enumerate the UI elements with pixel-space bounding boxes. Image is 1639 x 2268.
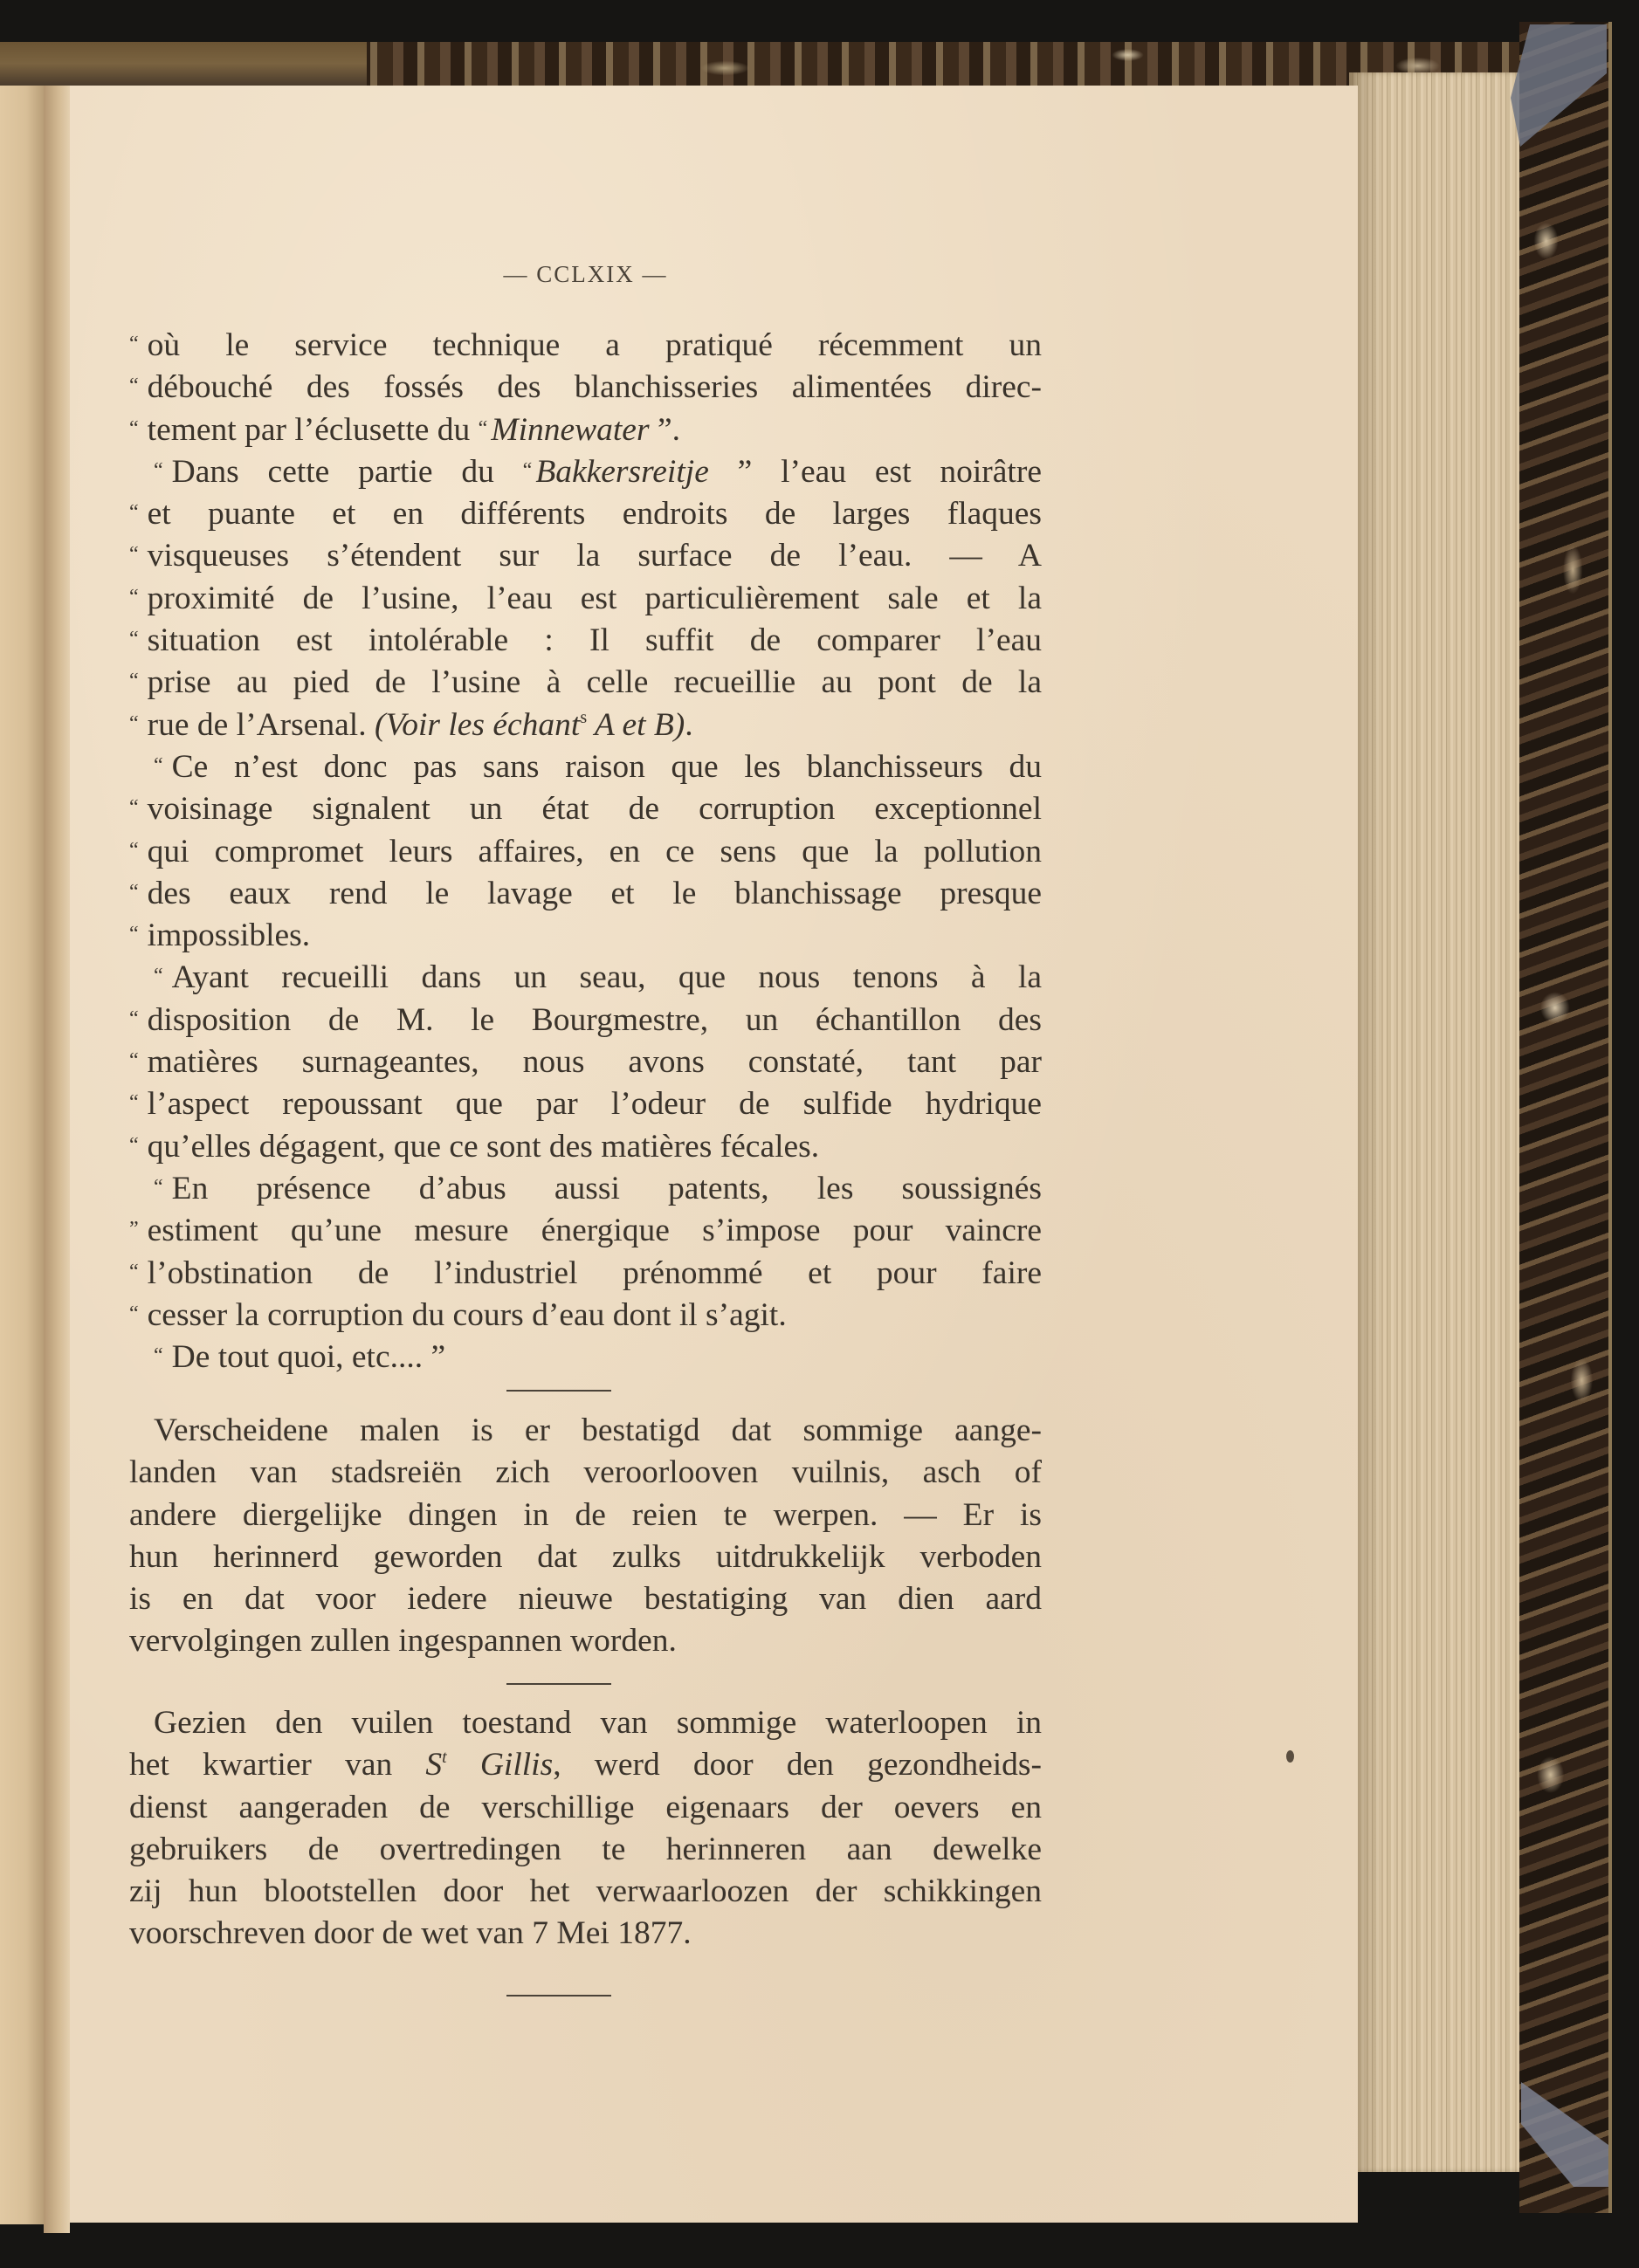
quote-line: “proximité de l’usine, l’eau est particu…	[129, 576, 1042, 618]
text-line: het kwartier van St Gillis, werd door de…	[129, 1744, 1042, 1786]
quote-mark: “	[479, 417, 488, 440]
text-span: Dans cette partie du	[172, 454, 523, 490]
text-span: et puante et en différents endroits de l…	[148, 496, 1042, 532]
quote-mark: “	[129, 839, 139, 862]
text-span: , werd door den gezondheids-	[553, 1747, 1042, 1783]
text-line: andere diergelijke dingen in de reien te…	[129, 1495, 1042, 1536]
text-span: S	[425, 1747, 442, 1783]
quote-line: “des eaux rend le lavage et le blanchiss…	[129, 871, 1042, 913]
quote-line: “l’obstination de l’industriel prénommé …	[129, 1251, 1042, 1293]
quote-line: “débouché des fossés des blanchisseries …	[129, 365, 1042, 407]
text-line: dienst aangeraden de verschillige eigena…	[129, 1787, 1042, 1829]
quote-line: “cesser la corruption du cours d’eau don…	[129, 1293, 1042, 1335]
quote-mark: “	[129, 333, 139, 355]
quote-line: “De tout quoi, etc.... ”	[129, 1335, 1042, 1377]
text-line: hun herinnerd geworden dat zulks uitdruk…	[129, 1536, 1042, 1578]
text-span: l’obstination de l’industriel prénommé e…	[148, 1255, 1042, 1291]
text-span: des eaux rend le lavage et le blanchissa…	[148, 876, 1042, 911]
text-span: où le service technique a pratiqué récem…	[148, 327, 1042, 363]
quote-line: “qui compromet leurs affaires, en ce sen…	[129, 829, 1042, 871]
page-stack-edge	[1349, 72, 1524, 2172]
quote-mark: “	[129, 923, 139, 945]
quote-line: “où le service technique a pratiqué réce…	[129, 323, 1042, 365]
text-span: débouché des fossés des blanchisseries a…	[148, 369, 1042, 405]
italic-term: A et B)	[587, 707, 685, 743]
italic-term: Bakkersreitje	[535, 454, 709, 490]
text-line: zij hun blootstellen door het verwaarloo…	[129, 1871, 1042, 1913]
text-span: l’aspect repoussant que par l’odeur de s…	[148, 1086, 1042, 1122]
quote-line: “disposition de M. le Bourgmestre, un éc…	[129, 998, 1042, 1040]
text-line: gebruikers de overtredingen te herinnere…	[129, 1829, 1042, 1871]
section-divider	[506, 1390, 611, 1392]
text-span: visqueuses s’étendent sur la surface de …	[148, 538, 1042, 574]
text-span: situation est intolérable : Il suffit de…	[148, 622, 1042, 658]
quote-mark: “	[129, 1049, 139, 1072]
quote-line: “Dans cette partie du “Bakkersreitje ” l…	[129, 450, 1042, 491]
text-span: qu’elles dégagent, que ce sont des matiè…	[148, 1129, 819, 1165]
paragraph-dutch-1: Verscheidene malen is er bestatigd dat s…	[129, 1410, 1042, 1663]
text-span: voisinage signalent un état de corruptio…	[148, 791, 1042, 827]
quote-mark: “	[154, 1344, 163, 1367]
quote-mark: ”	[129, 1218, 139, 1241]
quote-line: “rue de l’Arsenal. (Voir les échants A e…	[129, 703, 1042, 745]
quote-mark: “	[154, 1176, 163, 1199]
quoted-report: “où le service technique a pratiqué réce…	[129, 323, 1042, 1377]
text-span: het kwartier van	[129, 1747, 425, 1783]
quote-mark: “	[129, 670, 139, 692]
text-span: Ce n’est donc pas sans raison que les bl…	[172, 749, 1042, 785]
quote-line: “qu’elles dégagent, que ce sont des mati…	[129, 1124, 1042, 1166]
ink-spot	[1286, 1750, 1294, 1763]
quote-line: “En présence d’abus aussi patents, les s…	[129, 1166, 1042, 1208]
quote-line: ”estiment qu’une mesure énergique s’impo…	[129, 1208, 1042, 1250]
paragraph-dutch-2: Gezien den vuilen toestand van sommige w…	[129, 1702, 1042, 1955]
quote-line: “voisinage signalent un état de corrupti…	[129, 787, 1042, 828]
text-span: matières surnageantes, nous avons consta…	[148, 1044, 1042, 1080]
text-span: impossibles.	[148, 918, 310, 953]
quote-mark: “	[129, 501, 139, 524]
section-divider	[506, 1995, 611, 1997]
quote-mark: “	[129, 1091, 139, 1114]
text-span: proximité de l’usine, l’eau est particul…	[148, 581, 1042, 616]
text-line: Verscheidene malen is er bestatigd dat s…	[129, 1410, 1042, 1452]
quote-mark: “	[154, 965, 163, 987]
quote-mark: “	[129, 543, 139, 566]
text-span: ”.	[650, 412, 680, 448]
quote-mark: “	[154, 459, 163, 482]
quote-mark: “	[129, 881, 139, 904]
text-span: rue de l’Arsenal.	[148, 707, 375, 743]
italic-term: Minnewater	[491, 412, 649, 448]
text-span: Gillis	[447, 1747, 554, 1783]
quote-line: “impossibles.	[129, 913, 1042, 955]
text-line: landen van stadsreiën zich veroorlooven …	[129, 1452, 1042, 1494]
quote-line: “et puante et en différents endroits de …	[129, 491, 1042, 533]
italic-term: (Voir les échant	[375, 707, 580, 743]
gutter-shadow	[44, 86, 70, 2233]
section-divider	[506, 1683, 611, 1685]
quote-mark: “	[129, 1007, 139, 1030]
quote-line: “matières surnageantes, nous avons const…	[129, 1040, 1042, 1082]
quote-mark: “	[129, 586, 139, 608]
quote-line: “situation est intolérable : Il suffit d…	[129, 618, 1042, 660]
text-span: tement par l’éclusette du	[148, 412, 479, 448]
text-span: disposition de M. le Bourgmestre, un éch…	[148, 1002, 1042, 1038]
superscript: s	[580, 708, 587, 727]
text-line: is en dat voor iedere nieuwe bestatiging…	[129, 1578, 1042, 1620]
text-line: voorschreven door de wet van 7 Mei 1877.	[129, 1913, 1042, 1955]
quote-mark: “	[523, 459, 533, 482]
quote-mark: “	[129, 1261, 139, 1283]
text-line: vervolgingen zullen ingespannen worden.	[129, 1620, 1042, 1662]
text-span: qui compromet leurs affaires, en ce sens…	[148, 834, 1042, 869]
quote-mark: “	[129, 417, 139, 440]
text-span: estiment qu’une mesure énergique s’impos…	[148, 1213, 1042, 1248]
text-span: prise au pied de l’usine à celle recueil…	[148, 664, 1042, 700]
quote-line: “l’aspect repoussant que par l’odeur de …	[129, 1082, 1042, 1124]
binding-thread	[0, 42, 367, 86]
quote-mark: “	[154, 754, 163, 777]
quote-mark: “	[129, 375, 139, 397]
text-line: Gezien den vuilen toestand van sommige w…	[129, 1702, 1042, 1744]
quote-mark: “	[129, 712, 139, 735]
running-head: — CCLXIX —	[129, 253, 1042, 295]
quote-line: “visqueuses s’étendent sur la surface de…	[129, 533, 1042, 575]
quote-line: “Ce n’est donc pas sans raison que les b…	[129, 745, 1042, 787]
previous-page-edge	[0, 86, 44, 2224]
text-span: En présence d’abus aussi patents, les so…	[172, 1171, 1042, 1206]
text-span: De tout quoi, etc.... ”	[172, 1339, 445, 1375]
quote-mark: “	[129, 628, 139, 650]
quote-line: “prise au pied de l’usine à celle recuei…	[129, 660, 1042, 702]
text-span: Ayant recueilli dans un seau, que nous t…	[172, 959, 1042, 995]
quote-mark: “	[129, 1302, 139, 1325]
quote-line: “tement par l’éclusette du “Minnewater ”…	[129, 408, 1042, 450]
text-span: .	[685, 707, 692, 743]
quote-mark: “	[129, 796, 139, 819]
quote-mark: “	[129, 1134, 139, 1157]
quote-line: “Ayant recueilli dans un seau, que nous …	[129, 955, 1042, 997]
text-span: cesser la corruption du cours d’eau dont…	[148, 1297, 787, 1333]
place-name: St Gillis	[425, 1747, 553, 1783]
text-span: ” l’eau est noirâtre	[709, 454, 1042, 490]
marbled-cover	[1519, 22, 1612, 2213]
